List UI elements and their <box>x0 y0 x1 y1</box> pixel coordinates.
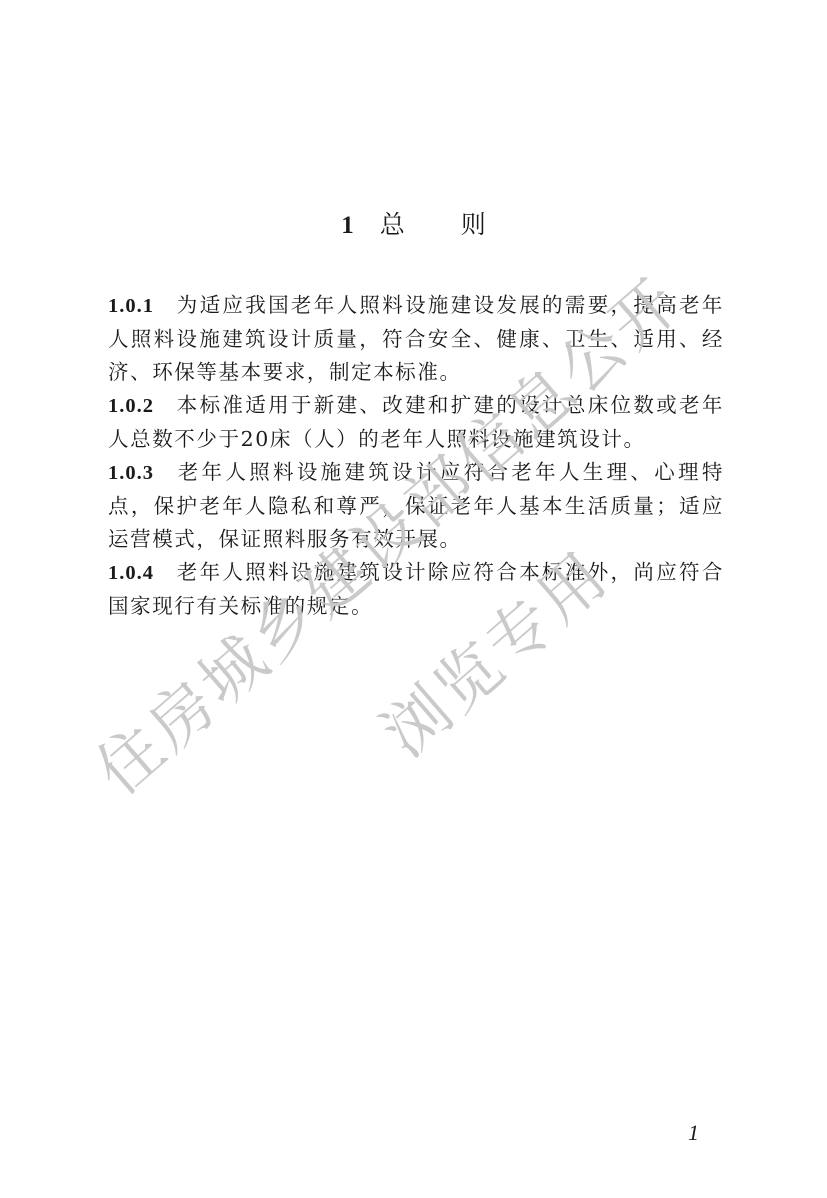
clause-1-0-3: 1.0.3老年人照料设施建筑设计应符合老年人生理、心理特点，保护老年人隐私和尊严… <box>108 456 724 556</box>
chapter-title-char-2: 则 <box>461 210 486 239</box>
clause-1-0-4: 1.0.4老年人照料设施建筑设计除应符合本标准外，尚应符合国家现行有关标准的规定… <box>108 556 724 623</box>
clause-text: 老年人照料设施建筑设计除应符合本标准外，尚应符合国家现行有关标准的规定。 <box>108 560 724 618</box>
clause-number: 1.0.4 <box>108 562 154 584</box>
document-page: 1总则 1.0.1为适应我国老年人照料设施建设发展的需要，提高老年人照料设施建筑… <box>0 0 827 1198</box>
clause-text: 为适应我国老年人照料设施建设发展的需要，提高老年人照料设施建筑设计质量，符合安全… <box>108 293 724 384</box>
clause-1-0-1: 1.0.1为适应我国老年人照料设施建设发展的需要，提高老年人照料设施建筑设计质量… <box>108 289 724 389</box>
clause-text: 本标准适用于新建、改建和扩建的设计总床位数或老年人总数不少于20床（人）的老年人… <box>108 393 724 451</box>
clause-number: 1.0.3 <box>108 462 154 484</box>
page-number: 1 <box>688 1120 699 1146</box>
clause-number: 1.0.2 <box>108 395 154 417</box>
chapter-body: 1.0.1为适应我国老年人照料设施建设发展的需要，提高老年人照料设施建筑设计质量… <box>108 289 724 623</box>
clause-text: 老年人照料设施建筑设计应符合老年人生理、心理特点，保护老年人隐私和尊严，保证老年… <box>108 460 724 551</box>
chapter-title-char-1: 总 <box>380 210 405 239</box>
chapter-number: 1 <box>341 212 354 239</box>
clause-number: 1.0.1 <box>108 295 154 317</box>
chapter-heading: 1总则 <box>0 205 827 246</box>
clause-1-0-2: 1.0.2本标准适用于新建、改建和扩建的设计总床位数或老年人总数不少于20床（人… <box>108 389 724 456</box>
